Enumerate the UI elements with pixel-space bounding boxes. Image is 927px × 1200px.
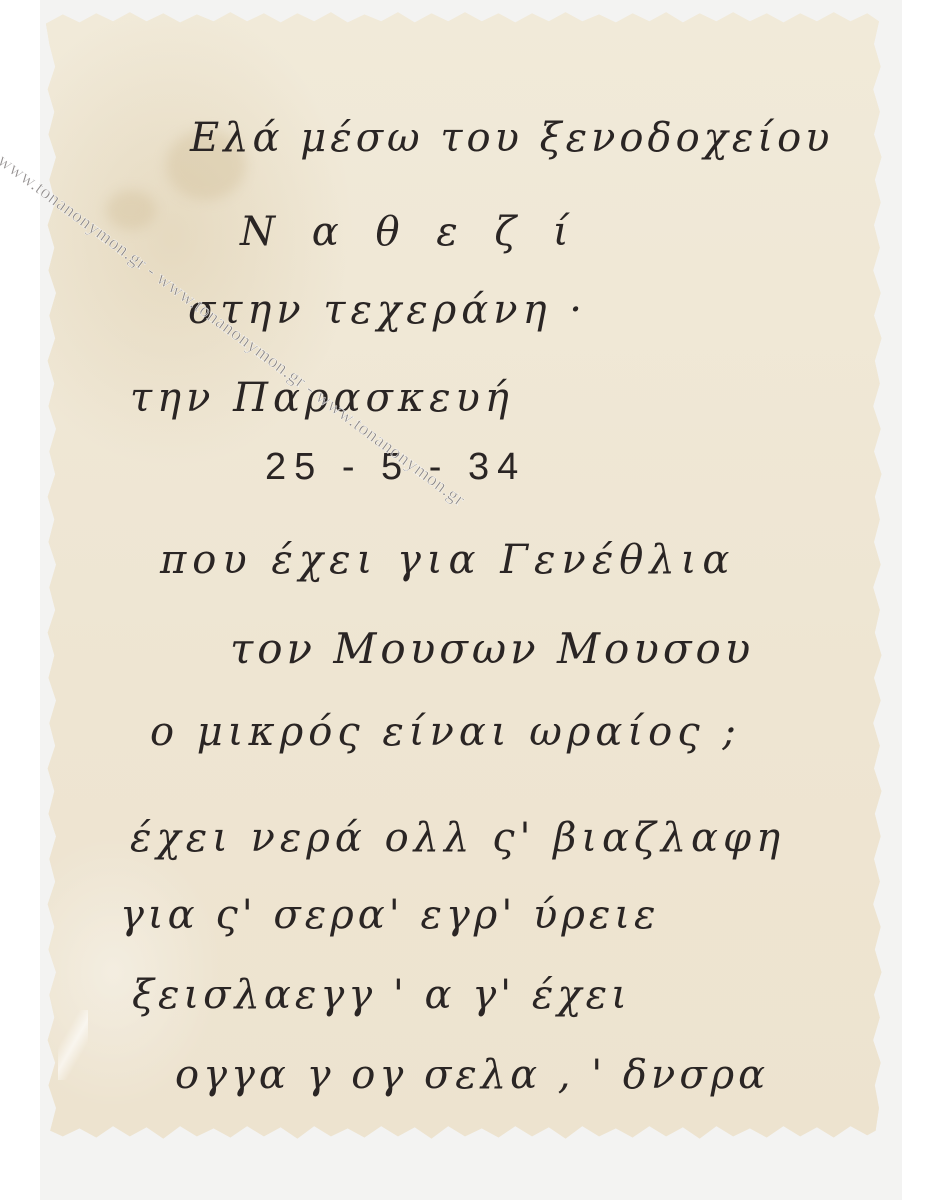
- handwritten-line-3: στην τεχεράνη ·: [188, 290, 587, 330]
- handwritten-line-1: Ελά μέσω του ξενοδοχείου: [190, 118, 833, 158]
- handwritten-line-6: που έχει για Γενέθλια: [160, 540, 735, 580]
- paper-stain: [106, 190, 156, 230]
- handwritten-line-8: ο μικρός είναι ωραίος ;: [150, 712, 741, 752]
- paper-crease: [58, 1010, 88, 1080]
- handwritten-line-12: ογγα γ ογ σελα , ' δνσρα: [175, 1055, 769, 1095]
- handwritten-line-11: ξεισλαεγγ ' α γ' έχει: [132, 975, 631, 1015]
- handwritten-line-10: για ς' σερα' εγρ' ύρειε: [120, 895, 659, 935]
- scanned-document: Ελά μέσω του ξενοδοχείου Ν α θ ε ζ ί στη…: [0, 0, 927, 1200]
- handwritten-line-9: έχει νερά ολλ ς' βιαζλαφη: [130, 818, 785, 858]
- handwritten-line-2: Ν α θ ε ζ ί: [240, 212, 581, 252]
- handwritten-line-7: τον Μουσων Μουσου: [230, 628, 754, 670]
